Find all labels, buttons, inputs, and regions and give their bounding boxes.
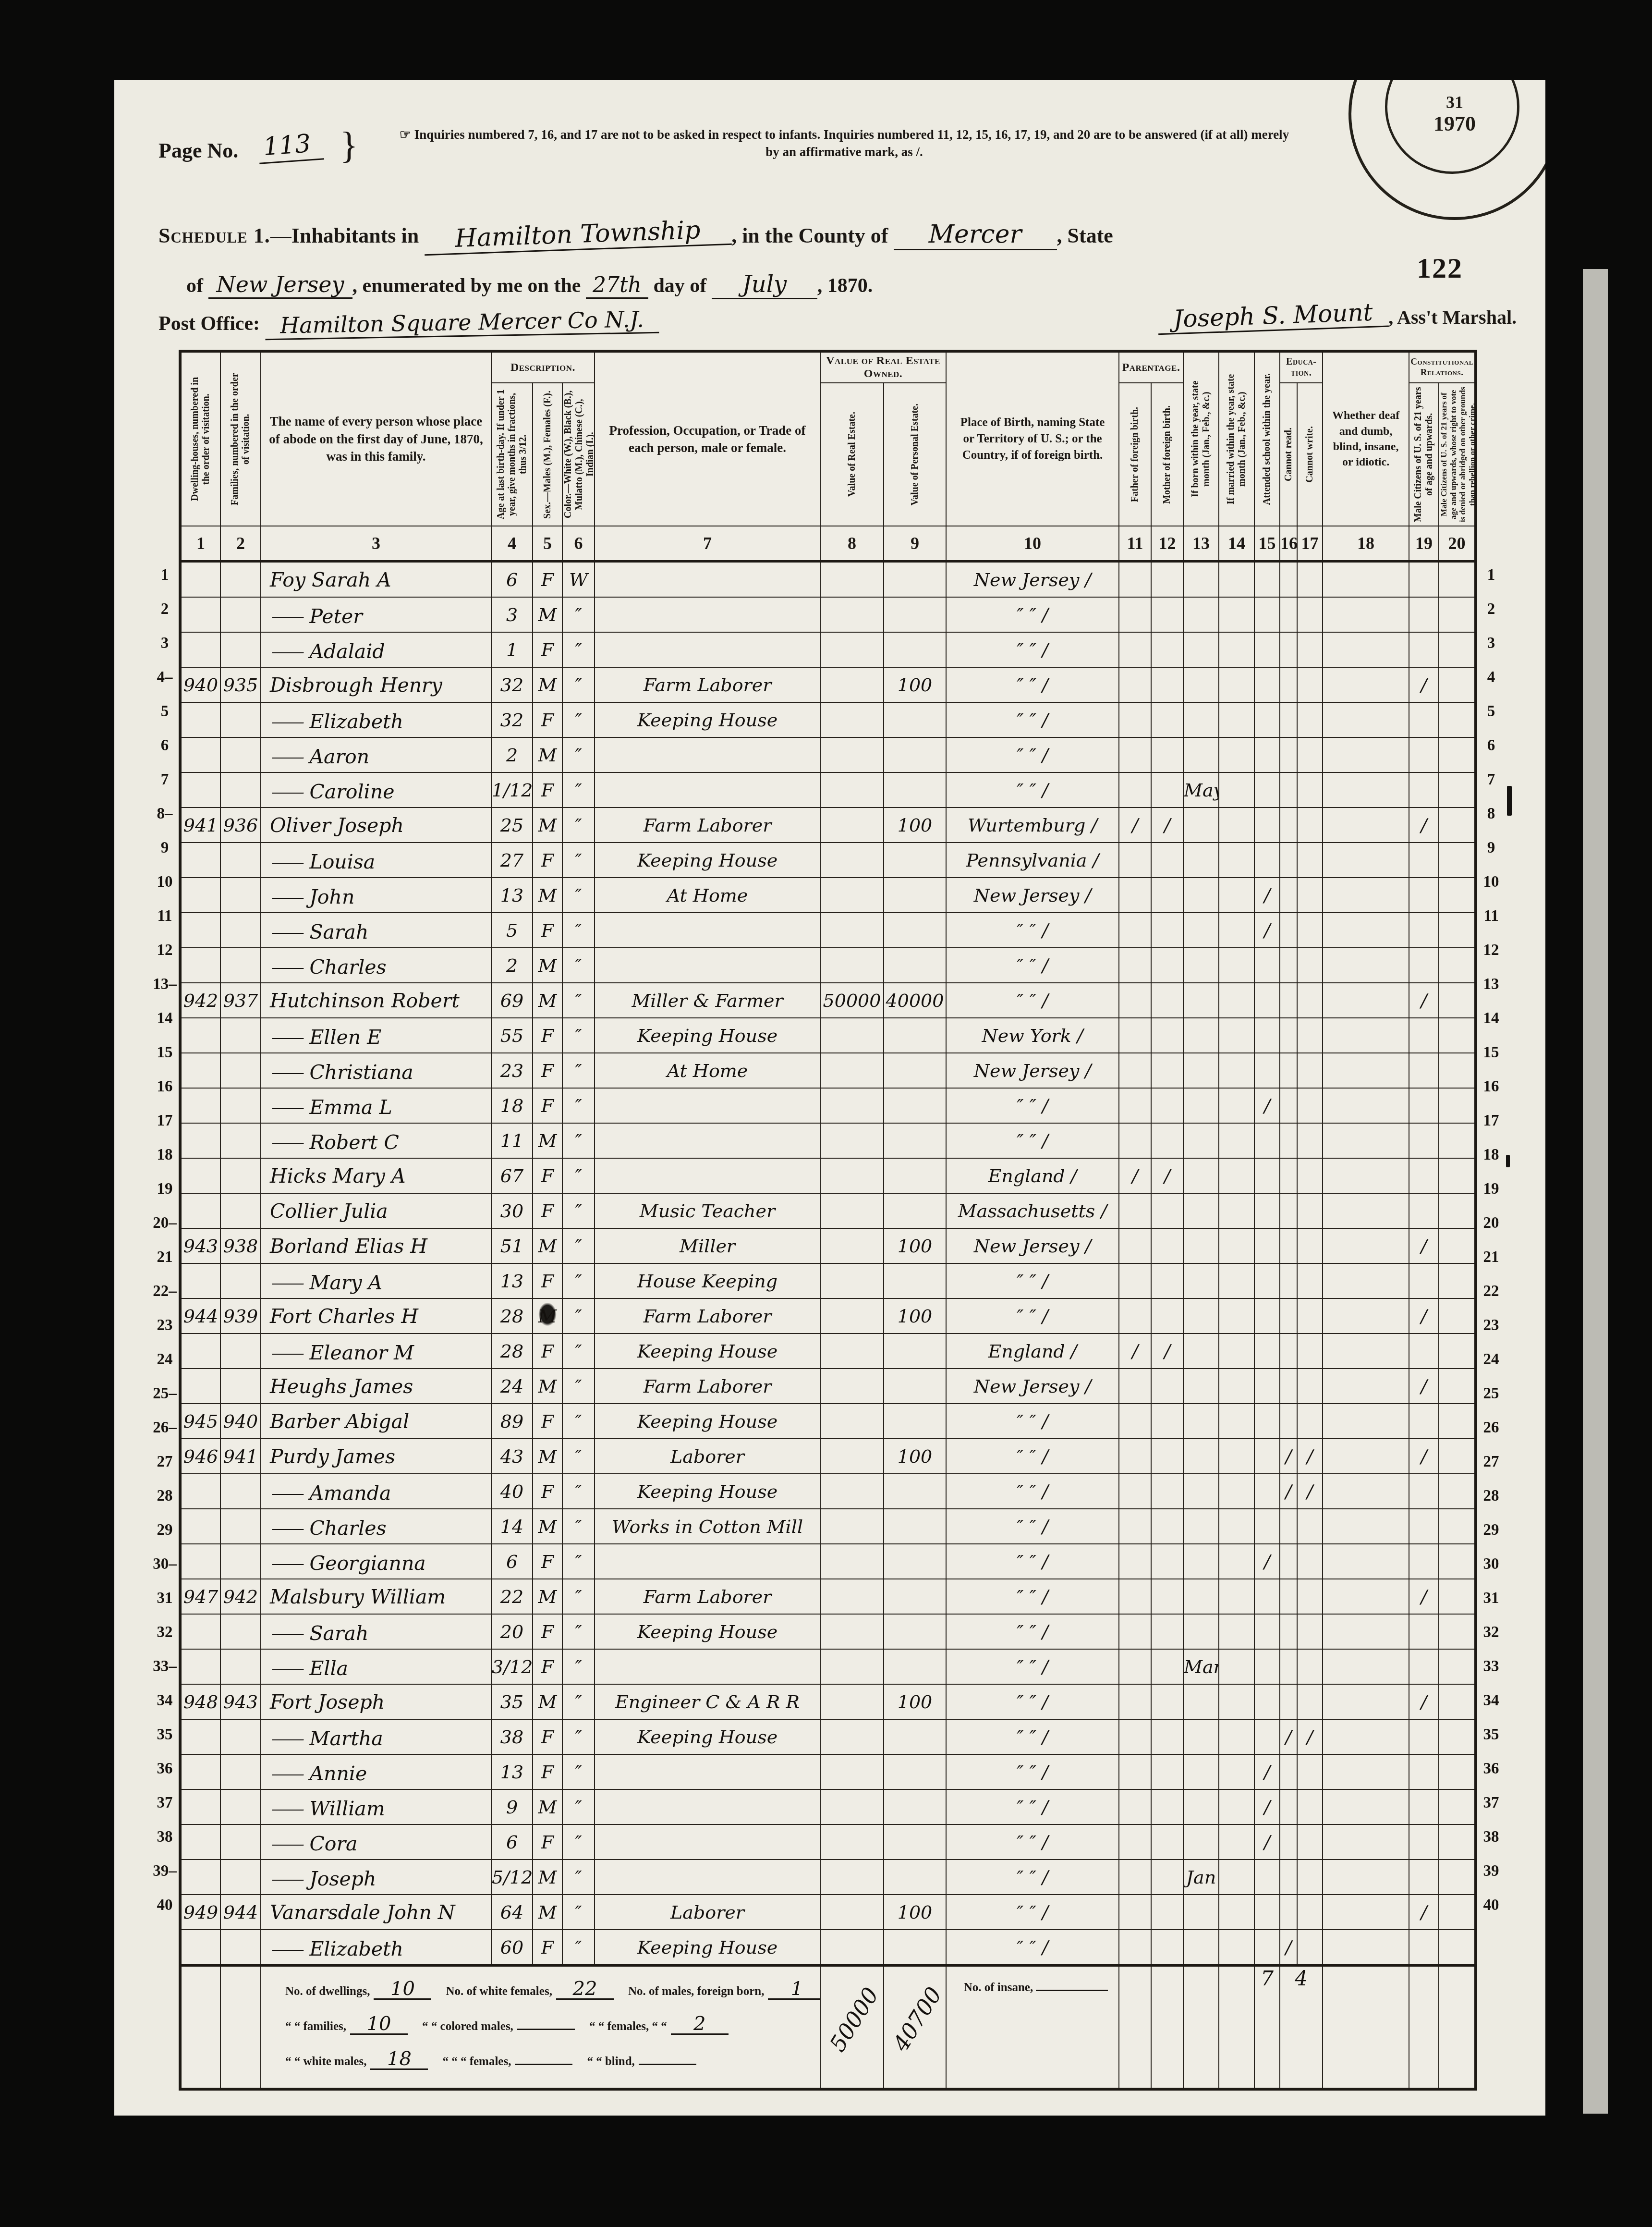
cell-cannot-write (1297, 562, 1323, 598)
cell-dwelling-number (180, 562, 220, 598)
cell-cannot-write (1297, 1509, 1323, 1544)
row-number: 16 (1477, 1070, 1505, 1104)
row-number: 38 (151, 1820, 179, 1854)
cell-name: ⸺ Amanda (261, 1474, 491, 1509)
cell-age: 32 (491, 667, 533, 702)
summary-label: “ “ families, (285, 2020, 346, 2033)
cell-father-foreign (1119, 1088, 1151, 1123)
cell-birth-month (1183, 948, 1219, 983)
row-number: 16 (151, 1070, 179, 1104)
cell-name: ⸺ Emma L (261, 1088, 491, 1123)
cell-deaf-dumb (1323, 1123, 1409, 1158)
cell-deaf-dumb (1323, 948, 1409, 983)
cell-birth-month (1183, 597, 1219, 632)
month-value: July (712, 271, 817, 299)
cell-name: ⸺ Elizabeth (261, 1930, 491, 1966)
cell-name: ⸺ Cora (261, 1824, 491, 1860)
cell-mother-foreign (1151, 1474, 1183, 1509)
cell-name: ⸺ Annie (261, 1754, 491, 1789)
cell-color: ″ (562, 1158, 595, 1193)
cell-birth-month (1183, 878, 1219, 913)
cell-real-estate-value (820, 1860, 884, 1895)
cell-cannot-write (1297, 1404, 1323, 1439)
cell-personal-estate-value (884, 632, 946, 667)
table-row: ⸺ Christiana23F″At HomeNew Jersey ∕ (180, 1053, 1476, 1088)
cell-occupation (595, 1158, 820, 1193)
table-row: ⸺ Caroline1/12F″″ ″ ∕May (180, 772, 1476, 808)
cell-family-number: 943 (220, 1684, 261, 1719)
cell-deaf-dumb (1323, 1404, 1409, 1439)
cell-attended-school (1254, 702, 1280, 737)
cell-cannot-write (1297, 1018, 1323, 1053)
cell-male-citizen (1409, 597, 1439, 632)
cell-male-citizen: ∕ (1409, 1439, 1439, 1474)
column-number: 15 (1254, 526, 1280, 562)
cell-birth-month (1183, 1719, 1219, 1754)
cell-color: ″ (562, 1334, 595, 1369)
cell-male-citizen (1409, 772, 1439, 808)
cell-mother-foreign (1151, 1018, 1183, 1053)
cell-cannot-read (1280, 948, 1297, 983)
cell-age: 1 (491, 632, 533, 667)
table-row: ⸺ Amanda40F″Keeping House″ ″ ∕∕∕ (180, 1474, 1476, 1509)
cell-male-citizen-denied (1439, 1334, 1476, 1369)
table-row: ⸺ Charles14M″Works in Cotton Mill″ ″ ∕ (180, 1509, 1476, 1544)
cell-male-citizen (1409, 1754, 1439, 1789)
cell-cannot-read (1280, 1614, 1297, 1649)
cell-occupation (595, 1544, 820, 1579)
cell-birth-month (1183, 632, 1219, 667)
cell-male-citizen (1409, 843, 1439, 878)
cell-cannot-write (1297, 1649, 1323, 1684)
cell-birthplace: ″ ″ ∕ (946, 913, 1119, 948)
cell-birthplace: ″ ″ ∕ (946, 1614, 1119, 1649)
cell-male-citizen-denied (1439, 1263, 1476, 1298)
row-number: 15 (151, 1036, 179, 1070)
cell-father-foreign (1119, 1789, 1151, 1824)
cell-father-foreign (1119, 1544, 1151, 1579)
cell-name: Fort Charles H (261, 1298, 491, 1334)
column-number: 5 (533, 526, 562, 562)
cell-family-number (220, 913, 261, 948)
cell-deaf-dumb (1323, 1298, 1409, 1334)
cell-cannot-read (1280, 1018, 1297, 1053)
cell-marriage-month (1219, 878, 1254, 913)
cell-male-citizen-denied (1439, 772, 1476, 808)
cell-deaf-dumb (1323, 1509, 1409, 1544)
column-number: 11 (1119, 526, 1151, 562)
cell-cannot-read (1280, 667, 1297, 702)
cell-cannot-read (1280, 772, 1297, 808)
cell-marriage-month (1219, 1018, 1254, 1053)
cell-family-number (220, 1263, 261, 1298)
cell-cannot-write: ∕ (1297, 1719, 1323, 1754)
cell-cannot-write (1297, 983, 1323, 1018)
cell-sex: F (533, 1930, 562, 1966)
cell-male-citizen-denied (1439, 1053, 1476, 1088)
cell-marriage-month (1219, 772, 1254, 808)
cell-name: ⸺ Adalaid (261, 632, 491, 667)
group-education: Educa­tion. (1280, 351, 1323, 383)
cell-cannot-write (1297, 772, 1323, 808)
cell-deaf-dumb (1323, 983, 1409, 1018)
cell-family-number (220, 843, 261, 878)
group-parentage: Parentage. (1119, 351, 1183, 383)
cell-dwelling-number (180, 737, 220, 772)
cell-birth-month (1183, 1509, 1219, 1544)
column-number: 19 (1409, 526, 1439, 562)
cell-sex: F (533, 1088, 562, 1123)
cell-occupation: Laborer (595, 1895, 820, 1930)
cell-dwelling-number (180, 772, 220, 808)
cell-dwelling-number: 948 (180, 1684, 220, 1719)
cell-male-citizen (1409, 632, 1439, 667)
cell-name: Hutchinson Robert (261, 983, 491, 1018)
cell-male-citizen (1409, 1509, 1439, 1544)
cell-sex: F (533, 1754, 562, 1789)
column-number: 17 (1297, 526, 1323, 562)
cell-dwelling-number (180, 1860, 220, 1895)
cell-personal-estate-value (884, 1649, 946, 1684)
cell-name: Barber Abigal (261, 1404, 491, 1439)
cell-occupation (595, 772, 820, 808)
township-value: Hamilton Township (424, 215, 732, 256)
cell-attended-school (1254, 1579, 1280, 1614)
cell-sex: F (533, 702, 562, 737)
schedule-line: Schedule 1.—Inhabitants in Hamilton Town… (158, 220, 1518, 250)
cell-mother-foreign (1151, 632, 1183, 667)
cell-age: 2 (491, 948, 533, 983)
cell-age: 67 (491, 1158, 533, 1193)
cell-dwelling-number: 942 (180, 983, 220, 1018)
table-row: Foy Sarah A6FWNew Jersey ∕ (180, 562, 1476, 598)
cell-marriage-month (1219, 1860, 1254, 1895)
cell-marriage-month (1219, 1088, 1254, 1123)
table-row: Collier Julia30F″Music TeacherMassachuse… (180, 1193, 1476, 1228)
cell-deaf-dumb (1323, 1018, 1409, 1053)
cell-color: ″ (562, 1369, 595, 1404)
cell-cannot-write (1297, 808, 1323, 843)
cell-dwelling-number (180, 632, 220, 667)
cell-color: ″ (562, 913, 595, 948)
cell-color: ″ (562, 1860, 595, 1895)
cell-mother-foreign (1151, 772, 1183, 808)
cell-mother-foreign: ∕ (1151, 1158, 1183, 1193)
cell-name: ⸺ Sarah (261, 1614, 491, 1649)
cell-marriage-month (1219, 1930, 1254, 1966)
cell-father-foreign: ∕ (1119, 1334, 1151, 1369)
cell-color: ″ (562, 772, 595, 808)
cell-personal-estate-value: 100 (884, 1684, 946, 1719)
cell-mother-foreign (1151, 1684, 1183, 1719)
state-label: , State (1057, 224, 1113, 247)
col-header-father-foreign: Father of foreign birth. (1130, 407, 1141, 502)
cell-male-citizen (1409, 948, 1439, 983)
cell-deaf-dumb (1323, 1789, 1409, 1824)
cell-male-citizen-denied (1439, 843, 1476, 878)
cell-deaf-dumb (1323, 1158, 1409, 1193)
cell-cannot-read: ∕ (1280, 1719, 1297, 1754)
cell-attended-school (1254, 983, 1280, 1018)
cell-male-citizen-denied (1439, 1824, 1476, 1860)
summary-line: No. of dwellings,10No. of white females,… (285, 1979, 815, 2000)
row-number: 8 (1477, 797, 1505, 831)
cell-marriage-month (1219, 913, 1254, 948)
row-number: 35 (151, 1718, 179, 1752)
row-number: 13 (1477, 967, 1505, 1002)
cell-attended-school (1254, 1649, 1280, 1684)
cell-birthplace: ″ ″ ∕ (946, 1649, 1119, 1684)
cell-color: ″ (562, 1228, 595, 1263)
cell-father-foreign (1119, 1684, 1151, 1719)
cell-male-citizen-denied (1439, 1649, 1476, 1684)
table-row: ⸺ Martha38F″Keeping House″ ″ ∕∕∕ (180, 1719, 1476, 1754)
cell-sex: M (533, 1684, 562, 1719)
cell-mother-foreign (1151, 667, 1183, 702)
cell-birthplace: ″ ″ ∕ (946, 667, 1119, 702)
summary-label: “ “ females, “ “ (589, 2020, 667, 2033)
cell-birthplace: ″ ″ ∕ (946, 1930, 1119, 1966)
cell-dwelling-number (180, 1824, 220, 1860)
cell-birth-month (1183, 1579, 1219, 1614)
cell-marriage-month (1219, 983, 1254, 1018)
column-number: 10 (946, 526, 1119, 562)
cell-birth-month: Mar (1183, 1649, 1219, 1684)
cell-name: Hicks Mary A (261, 1158, 491, 1193)
row-number: 13– (151, 967, 179, 1002)
cell-male-citizen-denied (1439, 948, 1476, 983)
of-label: of (186, 275, 203, 297)
cell-family-number (220, 772, 261, 808)
cell-father-foreign (1119, 1509, 1151, 1544)
cell-birthplace: ″ ″ ∕ (946, 1474, 1119, 1509)
cell-personal-estate-value (884, 878, 946, 913)
cell-cannot-read (1280, 1579, 1297, 1614)
row-number: 7 (151, 763, 179, 797)
row-number: 31 (151, 1581, 179, 1615)
cell-real-estate-value (820, 667, 884, 702)
cell-occupation (595, 1789, 820, 1824)
cell-deaf-dumb (1323, 667, 1409, 702)
cell-birthplace: ″ ″ ∕ (946, 632, 1119, 667)
cell-real-estate-value (820, 1439, 884, 1474)
cell-dwelling-number (180, 1754, 220, 1789)
cell-attended-school (1254, 1509, 1280, 1544)
row-number: 32 (151, 1615, 179, 1650)
cell-color: ″ (562, 1474, 595, 1509)
cell-male-citizen-denied (1439, 1193, 1476, 1228)
page-header: Page No. 113 } ☞ Inquiries numbered 7, 1… (114, 80, 1545, 349)
cell-marriage-month (1219, 1684, 1254, 1719)
cell-cannot-read (1280, 843, 1297, 878)
cell-mother-foreign (1151, 913, 1183, 948)
cell-male-citizen: ∕ (1409, 983, 1439, 1018)
cell-family-number (220, 1334, 261, 1369)
cell-occupation: Keeping House (595, 843, 820, 878)
row-number: 37 (151, 1786, 179, 1820)
cell-personal-estate-value (884, 948, 946, 983)
table-row: ⸺ Ellen E55F″Keeping HouseNew York ∕ (180, 1018, 1476, 1053)
cell-cannot-read (1280, 808, 1297, 843)
column-number: 2 (220, 526, 261, 562)
cell-family-number: 941 (220, 1439, 261, 1474)
cell-personal-estate-value (884, 1614, 946, 1649)
cell-cannot-write (1297, 632, 1323, 667)
cell-family-number: 939 (220, 1298, 261, 1334)
row-number: 3 (1477, 626, 1505, 661)
cell-real-estate-value (820, 1228, 884, 1263)
cell-color: ″ (562, 632, 595, 667)
page-no-value: 113 (257, 128, 324, 164)
cell-birthplace: England ∕ (946, 1334, 1119, 1369)
footer-school-tally: 7 (1254, 1966, 1280, 2090)
cell-age: 11 (491, 1123, 533, 1158)
cell-color: ″ (562, 1053, 595, 1088)
cell-occupation: Keeping House (595, 702, 820, 737)
cell-dwelling-number (180, 702, 220, 737)
cell-occupation: Keeping House (595, 1474, 820, 1509)
cell-personal-estate-value: 100 (884, 808, 946, 843)
cell-personal-estate-value: 100 (884, 1439, 946, 1474)
cell-male-citizen-denied (1439, 1158, 1476, 1193)
col-header-cannot-write: Cannot write. (1304, 426, 1315, 483)
cell-birthplace: ″ ″ ∕ (946, 1895, 1119, 1930)
cell-mother-foreign (1151, 1754, 1183, 1789)
column-number: 8 (820, 526, 884, 562)
cell-real-estate-value (820, 1509, 884, 1544)
cell-name: Borland Elias H (261, 1228, 491, 1263)
cell-color: ″ (562, 1088, 595, 1123)
cell-family-number (220, 1754, 261, 1789)
cell-family-number (220, 1018, 261, 1053)
cell-occupation (595, 1123, 820, 1158)
cell-color: ″ (562, 1895, 595, 1930)
footer-real-estate-total: 50000 (820, 1966, 884, 2090)
cell-dwelling-number: 944 (180, 1298, 220, 1334)
cell-deaf-dumb (1323, 1369, 1409, 1404)
cell-deaf-dumb (1323, 1579, 1409, 1614)
row-number: 36 (151, 1752, 179, 1786)
cell-cannot-read (1280, 1860, 1297, 1895)
table-row: ⸺ Peter3M″″ ″ ∕ (180, 597, 1476, 632)
column-number: 1 (180, 526, 220, 562)
cell-birth-month (1183, 1369, 1219, 1404)
cell-male-citizen (1409, 1719, 1439, 1754)
cell-occupation: Keeping House (595, 1018, 820, 1053)
cell-marriage-month (1219, 1614, 1254, 1649)
cell-family-number (220, 1649, 261, 1684)
cell-cannot-write (1297, 1860, 1323, 1895)
cell-birthplace: New Jersey ∕ (946, 1053, 1119, 1088)
personal-estate-total: 40700 (887, 1990, 942, 2056)
summary-label: “ “ colored males, (422, 2020, 513, 2033)
row-number: 26– (151, 1411, 179, 1445)
cell-family-number (220, 1193, 261, 1228)
cell-personal-estate-value: 100 (884, 667, 946, 702)
cell-mother-foreign (1151, 948, 1183, 983)
column-number: 3 (261, 526, 491, 562)
cell-father-foreign (1119, 1439, 1151, 1474)
cell-attended-school (1254, 808, 1280, 843)
row-number: 21 (151, 1240, 179, 1274)
cell-family-number (220, 1860, 261, 1895)
cell-father-foreign (1119, 878, 1151, 913)
cell-father-foreign (1119, 562, 1151, 598)
cell-age: 6 (491, 1544, 533, 1579)
cell-deaf-dumb (1323, 1684, 1409, 1719)
cell-birthplace: New Jersey ∕ (946, 878, 1119, 913)
left-row-numbers: 1234–5678–910111213–14151617181920–2122–… (151, 350, 179, 2091)
cell-mother-foreign (1151, 1509, 1183, 1544)
cell-cannot-read (1280, 1263, 1297, 1298)
cell-occupation (595, 632, 820, 667)
summary-value (517, 2029, 575, 2030)
cell-deaf-dumb (1323, 1193, 1409, 1228)
cell-family-number (220, 1369, 261, 1404)
cell-color: ″ (562, 1263, 595, 1298)
cell-personal-estate-value (884, 1193, 946, 1228)
cell-deaf-dumb (1323, 562, 1409, 598)
cell-name: ⸺ Mary A (261, 1263, 491, 1298)
row-number: 34 (1477, 1684, 1505, 1718)
cell-birthplace: ″ ″ ∕ (946, 772, 1119, 808)
cell-sex: F (533, 1193, 562, 1228)
cell-age: 28 (491, 1298, 533, 1334)
post-office-value: Hamilton Square Mercer Co N.J. (265, 306, 659, 340)
cell-sex: F (533, 1719, 562, 1754)
cell-name: ⸺ Charles (261, 1509, 491, 1544)
cell-birth-month (1183, 1754, 1219, 1789)
cell-mother-foreign (1151, 1789, 1183, 1824)
row-number: 5 (151, 695, 179, 729)
table-row: 944939Fort Charles H28M″Farm Laborer100″… (180, 1298, 1476, 1334)
row-number: 32 (1477, 1615, 1505, 1650)
row-number: 20 (1477, 1206, 1505, 1240)
cell-deaf-dumb (1323, 1474, 1409, 1509)
cell-color: ″ (562, 1579, 595, 1614)
cell-attended-school (1254, 1930, 1280, 1966)
col-header-occupation: Profession, Occupation, or Trade of each… (595, 419, 820, 460)
cell-cannot-write (1297, 1544, 1323, 1579)
row-number: 27 (1477, 1445, 1505, 1479)
cell-occupation: Miller & Farmer (595, 983, 820, 1018)
cell-family-number (220, 1123, 261, 1158)
column-number: 14 (1219, 526, 1254, 562)
cell-age: 64 (491, 1895, 533, 1930)
cell-birthplace: ″ ″ ∕ (946, 1579, 1119, 1614)
cell-name: Fort Joseph (261, 1684, 491, 1719)
cell-personal-estate-value (884, 1509, 946, 1544)
cell-occupation: Farm Laborer (595, 667, 820, 702)
row-number: 8– (151, 797, 179, 831)
cell-name: ⸺ Eleanor M (261, 1334, 491, 1369)
table-row: 943938Borland Elias H51M″Miller100New Je… (180, 1228, 1476, 1263)
cell-deaf-dumb (1323, 808, 1409, 843)
cell-sex: F (533, 1649, 562, 1684)
cell-sex: M (533, 983, 562, 1018)
cell-cannot-write (1297, 1088, 1323, 1123)
cell-real-estate-value (820, 1895, 884, 1930)
cell-deaf-dumb (1323, 1754, 1409, 1789)
cell-cannot-write (1297, 597, 1323, 632)
cell-name: ⸺ William (261, 1789, 491, 1824)
cell-attended-school: ∕ (1254, 878, 1280, 913)
cell-name: ⸺ Robert C (261, 1123, 491, 1158)
cell-cannot-write (1297, 843, 1323, 878)
cell-color: ″ (562, 1298, 595, 1334)
cell-mother-foreign (1151, 1193, 1183, 1228)
page-no-brace: } (340, 124, 358, 167)
